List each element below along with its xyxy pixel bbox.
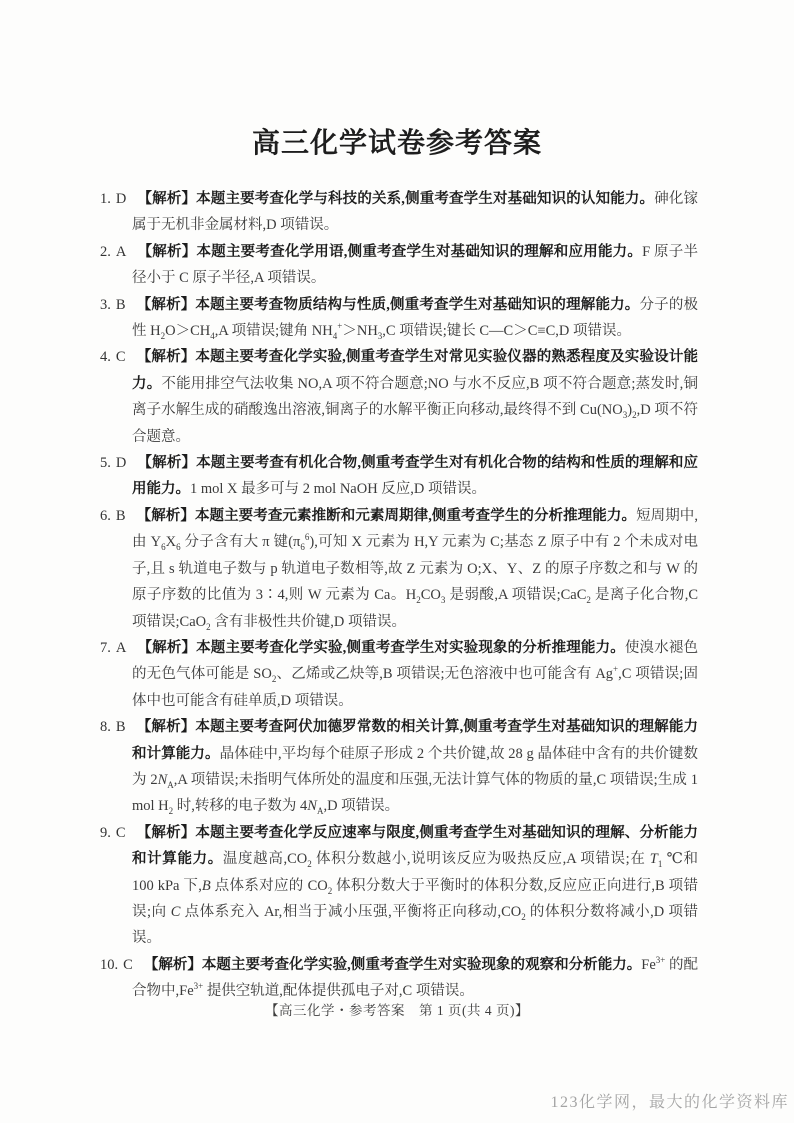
- answer-letter: D: [116, 191, 126, 207]
- analysis-bold-text: 【解析】本题主要考查元素推断和元素周期律,侧重考查学生的分析推理能力。: [137, 508, 637, 524]
- answer-item: 8.B【解析】本题主要考查阿伏加德罗常数的相关计算,侧重考查学生对基础知识的理解…: [132, 714, 698, 820]
- exam-answer-page: 高三化学试卷参考答案 1.D【解析】本题主要考查化学与科技的关系,侧重考查学生对…: [0, 0, 794, 1123]
- analysis-bold-text: 【解析】本题主要考查物质结构与性质,侧重考查学生对基础知识的理解能力。: [137, 297, 640, 313]
- question-number: 3.: [100, 297, 111, 313]
- answer-letter: A: [116, 640, 126, 656]
- answer-item: 1.D【解析】本题主要考查化学与科技的关系,侧重考查学生对基础知识的认知能力。砷…: [132, 186, 698, 239]
- explanation-text: 不能用排空气法收集 NO,A 项不符合题意;NO 与水不反应,B 项不符合题意;…: [132, 376, 698, 445]
- question-number: 7.: [100, 640, 111, 656]
- answer-letter: D: [116, 455, 126, 471]
- analysis-bold-text: 【解析】本题主要考查化学实验,侧重考查学生对实验现象的分析推理能力。: [137, 640, 625, 656]
- question-number: 10.: [100, 957, 118, 973]
- answer-item: 5.D【解析】本题主要考查有机化合物,侧重考查学生对有机化合物的结构和性质的理解…: [132, 450, 698, 503]
- question-number: 4.: [100, 349, 111, 365]
- answer-item: 4.C【解析】本题主要考查化学实验,侧重考查学生对常见实验仪器的熟悉程度及实验设…: [132, 344, 698, 450]
- analysis-bold-text: 【解析】本题主要考查化学用语,侧重考查学生对基础知识的理解和应用能力。: [137, 244, 642, 260]
- answer-letter: B: [116, 719, 126, 735]
- answer-letter: B: [116, 508, 126, 524]
- page-footer: 【高三化学・参考答案 第 1 页(共 4 页)】: [0, 999, 794, 1019]
- question-number: 6.: [100, 508, 111, 524]
- watermark-text: 123化学网，最大的化学资料库: [550, 1089, 789, 1112]
- answer-letter: C: [116, 825, 126, 841]
- question-number: 8.: [100, 719, 111, 735]
- analysis-bold-text: 【解析】本题主要考查化学与科技的关系,侧重考查学生对基础知识的认知能力。: [137, 191, 654, 207]
- answer-item: 10.C【解析】本题主要考查化学实验,侧重考查学生对实验现象的观察和分析能力。F…: [132, 952, 698, 1005]
- analysis-bold-text: 【解析】本题主要考查化学实验,侧重考查学生对实验现象的观察和分析能力。: [144, 957, 641, 973]
- page-title: 高三化学试卷参考答案: [0, 0, 794, 162]
- answer-letter: C: [123, 957, 133, 973]
- question-number: 2.: [100, 244, 111, 260]
- answer-item: 9.C【解析】本题主要考查化学反应速率与限度,侧重考查学生对基础知识的理解、分析…: [132, 820, 698, 952]
- question-number: 1.: [100, 191, 111, 207]
- answer-item: 6.B【解析】本题主要考查元素推断和元素周期律,侧重考查学生的分析推理能力。短周…: [132, 503, 698, 635]
- answer-item: 3.B【解析】本题主要考查物质结构与性质,侧重考查学生对基础知识的理解能力。分子…: [132, 292, 698, 345]
- answer-item: 2.A【解析】本题主要考查化学用语,侧重考查学生对基础知识的理解和应用能力。F …: [132, 239, 698, 292]
- question-number: 9.: [100, 825, 111, 841]
- explanation-text: 1 mol X 最多可与 2 mol NaOH 反应,D 项错误。: [190, 481, 486, 497]
- question-number: 5.: [100, 455, 111, 471]
- answer-letter: C: [116, 349, 126, 365]
- answer-letter: B: [116, 297, 126, 313]
- answer-letter: A: [116, 244, 126, 260]
- answer-list: 1.D【解析】本题主要考查化学与科技的关系,侧重考查学生对基础知识的认知能力。砷…: [0, 186, 794, 1005]
- answer-item: 7.A【解析】本题主要考查化学实验,侧重考查学生对实验现象的分析推理能力。使溴水…: [132, 635, 698, 714]
- explanation-text: 短周期中,由 Y6X6 分子含有大 π 键(π66),可知 X 元素为 H,Y …: [132, 508, 698, 630]
